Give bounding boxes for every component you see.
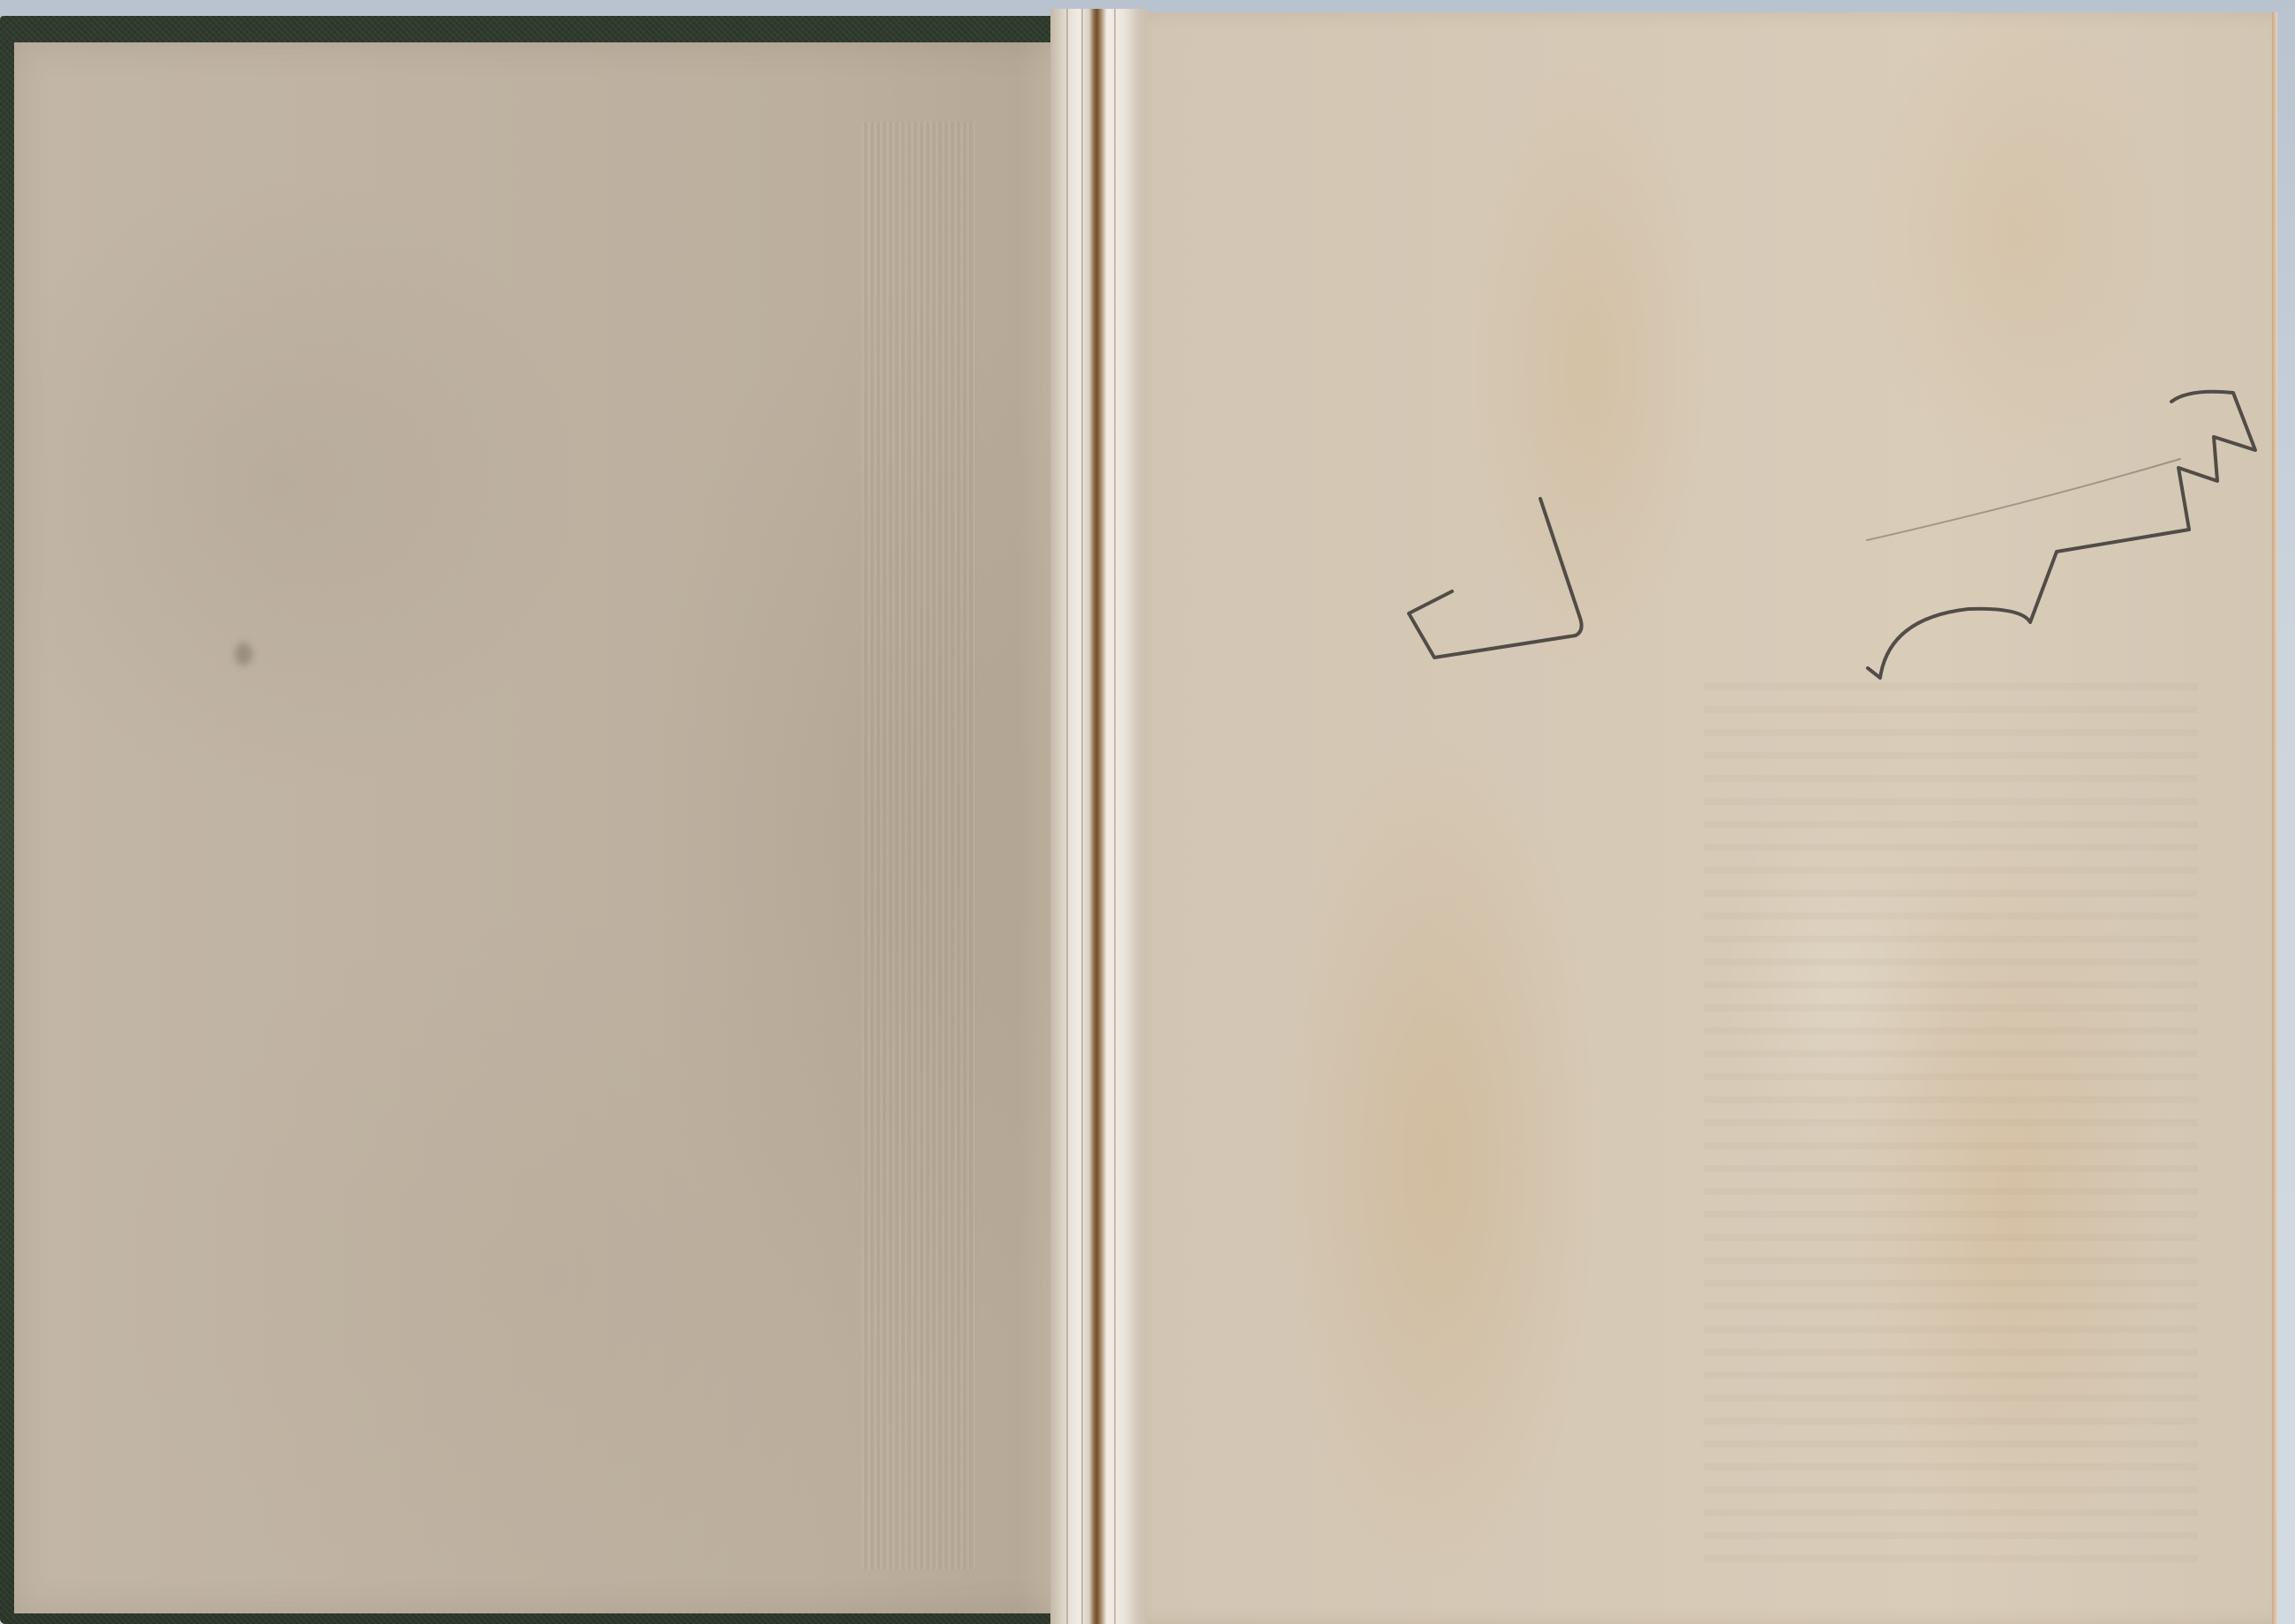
hinge-crease: [1066, 9, 1068, 1624]
left-endpaper: [14, 42, 1073, 1613]
paper-ribbing-texture: [862, 122, 976, 1569]
text-show-through: [1704, 683, 2198, 1566]
hinge-crease: [1114, 9, 1116, 1624]
book-photo: [0, 0, 2295, 1624]
right-flyleaf: [1130, 12, 2277, 1624]
spine-gutter: [1050, 9, 1147, 1624]
page-fore-edge: [2272, 12, 2277, 1624]
dirt-smudge: [235, 643, 252, 665]
hinge-crease: [1081, 9, 1083, 1624]
